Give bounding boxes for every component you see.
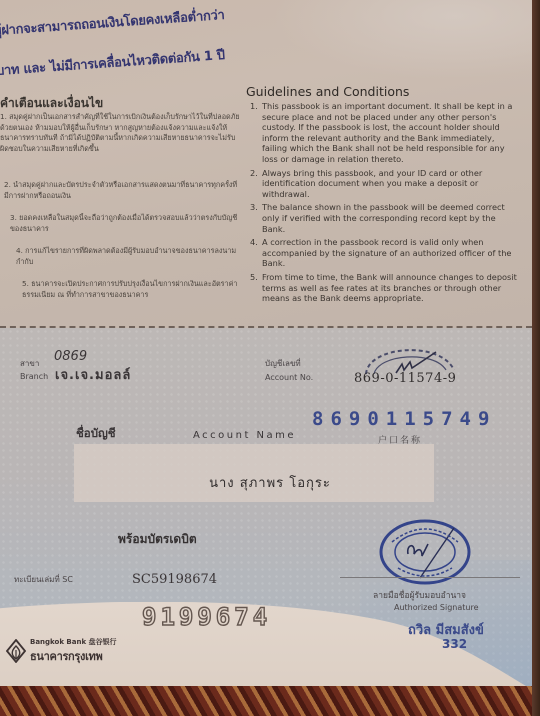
account-no-label-en: Account No. [265, 373, 313, 382]
guideline-item-1: 1. This passbook is an important documen… [250, 101, 520, 165]
signature-label-en: Authorized Signature [394, 603, 479, 612]
background-fabric [0, 686, 540, 716]
branch-code: 0869 [54, 349, 87, 364]
guideline-number: 3. [250, 202, 262, 234]
guidelines-heading: Guidelines and Conditions [246, 84, 409, 99]
account-holder-name: นาง สุภาพร โอกุระ [0, 472, 540, 493]
guideline-text: This passbook is an important document. … [262, 101, 520, 165]
register-number-label: ทะเบียนเล่มที่ SC [14, 573, 73, 586]
product-type: พร้อมบัตรเดบิต [118, 530, 197, 549]
guideline-item-4: 4. A correction in the passbook record i… [250, 237, 520, 269]
thai-rule-5: 5. ธนาคารจะเปิดประกาศการปรับปรุงเงื่อนไข… [0, 279, 240, 300]
lotus-leaf-icon [6, 639, 26, 663]
branch-name: เจ.เจ.มอลล์ [55, 364, 131, 385]
bank-name-en: Bangkok Bank 盘谷银行 [30, 637, 117, 647]
bank-name-en-text: Bangkok Bank [30, 638, 86, 646]
account-no-label-th: บัญชีเลขที่ [265, 357, 301, 370]
guideline-item-2: 2. Always bring this passbook, and your … [250, 168, 520, 200]
guideline-text: A correction in the passbook record is v… [262, 237, 520, 269]
signature-label-th: ลายมือชื่อผู้รับมอบอำนาจ [373, 588, 466, 602]
thai-rule-4: 4. การแก้ไขรายการที่ผิดพลาดต้องมีผู้รับม… [0, 246, 240, 267]
authorized-seal-stamp-icon [378, 518, 472, 586]
perforated-serial-number: 9199674 [142, 603, 271, 631]
account-name-label-en: Account Name [193, 430, 296, 441]
thai-rule-2: 2. นำสมุดคู่ฝากและบัตรประจำตัวหรือเอกสาร… [0, 180, 240, 201]
thai-rule-1: 1. สมุดคู่ฝากเป็นเอกสารสำคัญที่ใช้ในการเ… [0, 112, 240, 164]
background-edge [532, 0, 540, 716]
guideline-text: From time to time, the Bank will announc… [262, 272, 520, 304]
guideline-text: Always bring this passbook, and your ID … [262, 168, 520, 200]
branch-label-en: Branch [20, 372, 48, 381]
authorized-officer-code: 332 [442, 637, 467, 651]
signature-line [340, 577, 520, 578]
guideline-number: 2. [250, 168, 262, 200]
account-number-stamped: 8690115749 [312, 408, 496, 430]
guideline-number: 1. [250, 101, 262, 165]
guidelines-list: 1. This passbook is an important documen… [250, 101, 520, 307]
guideline-number: 5. [250, 272, 262, 304]
branch-label-th: สาขา [20, 357, 39, 370]
thai-conditions-list: 1. สมุดคู่ฝากเป็นเอกสารสำคัญที่ใช้ในการเ… [0, 112, 240, 305]
passbook-photo: ผู้ฝากจะสามารถถอนเงินโดยคงเหลือต่ำกว่า บ… [0, 0, 540, 716]
register-number: SC59198674 [132, 572, 217, 587]
thai-conditions-heading: คำเตือนและเงื่อนไข [0, 94, 103, 113]
account-number: 869-0-11574-9 [354, 371, 456, 386]
thai-rule-3: 3. ยอดคงเหลือในสมุดนี้จะถือว่าถูกต้องเมื… [0, 213, 240, 234]
account-name-label-cn: 户口名称 [378, 433, 422, 446]
guideline-text: The balance shown in the passbook will b… [262, 202, 520, 234]
bank-name-cn-text: 盘谷银行 [89, 638, 117, 646]
bank-logo: Bangkok Bank 盘谷银行 ธนาคารกรุงเทพ [6, 637, 117, 665]
guideline-item-5: 5. From time to time, the Bank will anno… [250, 272, 520, 304]
guideline-number: 4. [250, 237, 262, 269]
bank-name-th: ธนาคารกรุงเทพ [30, 647, 117, 665]
account-name-label-th: ชื่อบัญชี [76, 425, 116, 443]
guideline-item-3: 3. The balance shown in the passbook wil… [250, 202, 520, 234]
